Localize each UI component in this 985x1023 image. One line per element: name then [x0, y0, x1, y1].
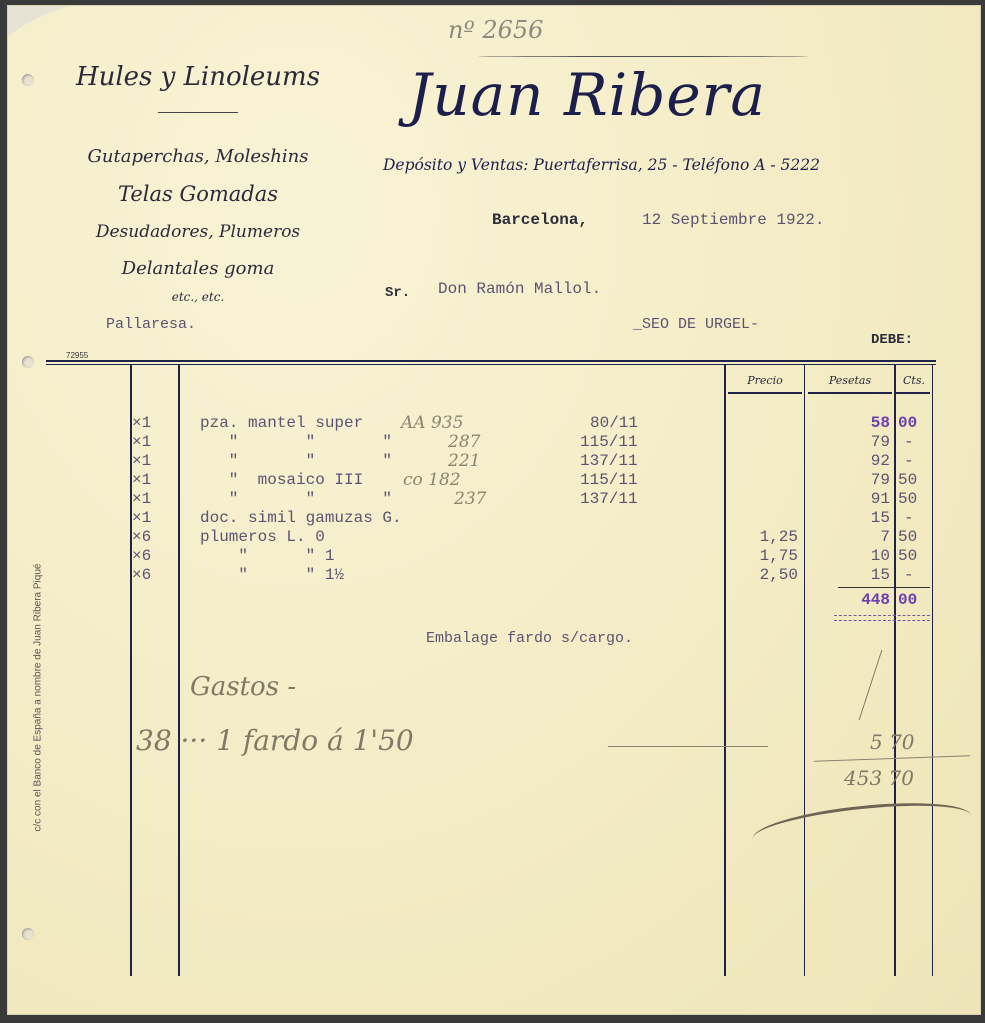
description: plumeros L. 0 [200, 528, 325, 547]
product-line-2: Telas Gomadas [48, 182, 348, 206]
description: " " " [200, 433, 392, 452]
packing-note: Embalage fardo s/cargo. [426, 630, 633, 647]
torn-corner [8, 6, 68, 36]
qty: ×1 [132, 452, 151, 471]
pesetas: 58 [808, 414, 890, 433]
description: " " 1½ [200, 566, 344, 585]
description: " " " [200, 490, 392, 509]
qty: ×6 [132, 528, 151, 547]
cts: - [904, 433, 914, 452]
pesetas: 79 [808, 433, 890, 452]
table-row: ×1 pza. mantel super AA 935 80/11 58 00 [8, 414, 980, 433]
salutation: Sr. [385, 285, 410, 301]
cts: 50 [898, 547, 917, 566]
table-row: ×1 " mosaico III co 182 115/11 79 50 [8, 471, 980, 490]
cts: 00 [898, 414, 917, 433]
reference: 115/11 [580, 471, 638, 490]
gastos-label: Gastos - [190, 672, 296, 702]
cts: - [904, 452, 914, 471]
precio: 1,75 [728, 547, 798, 566]
description: " " 1 [200, 547, 334, 566]
reference: 115/11 [580, 433, 638, 452]
company-address: Depósito y Ventas: Puertaferrisa, 25 - T… [383, 156, 820, 174]
table-row: ×1 " " " 237 137/11 91 50 [8, 490, 980, 509]
qty: ×6 [132, 566, 151, 585]
pesetas: 15 [808, 509, 890, 528]
header-pesetas: Pesetas [806, 374, 894, 387]
pesetas: 91 [808, 490, 890, 509]
gastos-line: 38 ··· 1 fardo á 1'50 [136, 724, 414, 757]
customer-street: Pallaresa. [106, 316, 196, 333]
pesetas: 7 [808, 528, 890, 547]
pesetas: 10 [808, 547, 890, 566]
checkmark-stroke [843, 650, 883, 720]
qty: ×1 [132, 414, 151, 433]
subtotal-rule [838, 587, 930, 588]
table-row: ×1 " " " 287 115/11 79 - [8, 433, 980, 452]
table-row: ×6 " " 1½ 2,50 15 - [8, 566, 980, 585]
qty: ×1 [132, 471, 151, 490]
punch-hole [22, 356, 34, 368]
punch-hole [22, 928, 34, 940]
table-row: ×1 doc. simil gamuzas G. 15 - [8, 509, 980, 528]
gastos-amount: 5 70 [870, 730, 915, 754]
total-double-rule [834, 615, 930, 621]
debe-label: DEBE: [871, 332, 913, 348]
invoice-date: 12 Septiembre 1922. [642, 211, 824, 229]
header-underline [728, 392, 802, 394]
total-row: 448 00 [8, 591, 980, 610]
form-number: 72955 [66, 351, 88, 360]
table-row: ×1 " " " 221 137/11 92 - [8, 452, 980, 471]
grand-total: 453 70 [844, 766, 914, 790]
handwritten-reference: nº 2656 [448, 16, 543, 44]
handwritten-code: 221 [448, 452, 480, 471]
total-pesetas: 448 [808, 591, 890, 610]
invoice-paper: nº 2656 Hules y Linoleums Gutaperchas, M… [8, 6, 980, 1014]
handwritten-code: AA 935 [401, 414, 463, 433]
place: Barcelona, [492, 211, 588, 229]
punch-hole [22, 74, 34, 86]
cts: 50 [898, 490, 917, 509]
customer-town: _SEO DE URGEL- [633, 316, 759, 333]
gastos-underline [608, 746, 768, 747]
product-line-4: Delantales goma [48, 258, 348, 279]
header-cts: Cts. [896, 374, 932, 387]
header-underline [896, 392, 930, 394]
handwritten-code: 237 [454, 490, 486, 509]
precio: 1,25 [728, 528, 798, 547]
product-line-1: Gutaperchas, Moleshins [48, 146, 348, 167]
pesetas: 79 [808, 471, 890, 490]
table-row: ×6 plumeros L. 0 1,25 7 50 [8, 528, 980, 547]
company-name: Juan Ribera [408, 61, 766, 129]
header-underline [808, 392, 892, 394]
description: pza. mantel super [200, 414, 363, 433]
qty: ×6 [132, 547, 151, 566]
tagline-top: Hules y Linoleums [48, 62, 348, 92]
handwritten-code: co 182 [403, 471, 461, 490]
cts: - [904, 509, 914, 528]
reference: 137/11 [580, 490, 638, 509]
description: " " " [200, 452, 392, 471]
total-cts: 00 [898, 591, 917, 610]
qty: ×1 [132, 433, 151, 452]
description: " mosaico III [200, 471, 363, 490]
ornament-divider [158, 112, 238, 113]
grand-total-rule [814, 755, 970, 761]
qty: ×1 [132, 490, 151, 509]
pesetas: 15 [808, 566, 890, 585]
reference: 80/11 [590, 414, 638, 433]
product-line-3: Desudadores, Plumeros [48, 222, 348, 242]
cts: 50 [898, 528, 917, 547]
flourish-line [478, 56, 808, 57]
cts: 50 [898, 471, 917, 490]
description: doc. simil gamuzas G. [200, 509, 402, 528]
reference: 137/11 [580, 452, 638, 471]
handwritten-code: 287 [448, 433, 480, 452]
pesetas: 92 [808, 452, 890, 471]
cts: - [904, 566, 914, 585]
precio: 2,50 [728, 566, 798, 585]
table-row: ×6 " " 1 1,75 10 50 [8, 547, 980, 566]
header-precio: Precio [726, 374, 804, 387]
table-top-rule [46, 360, 936, 362]
qty: ×1 [132, 509, 151, 528]
product-line-5: etc., etc. [48, 290, 348, 304]
signature-flourish [750, 795, 973, 861]
customer-name: Don Ramón Mallol. [438, 280, 601, 298]
